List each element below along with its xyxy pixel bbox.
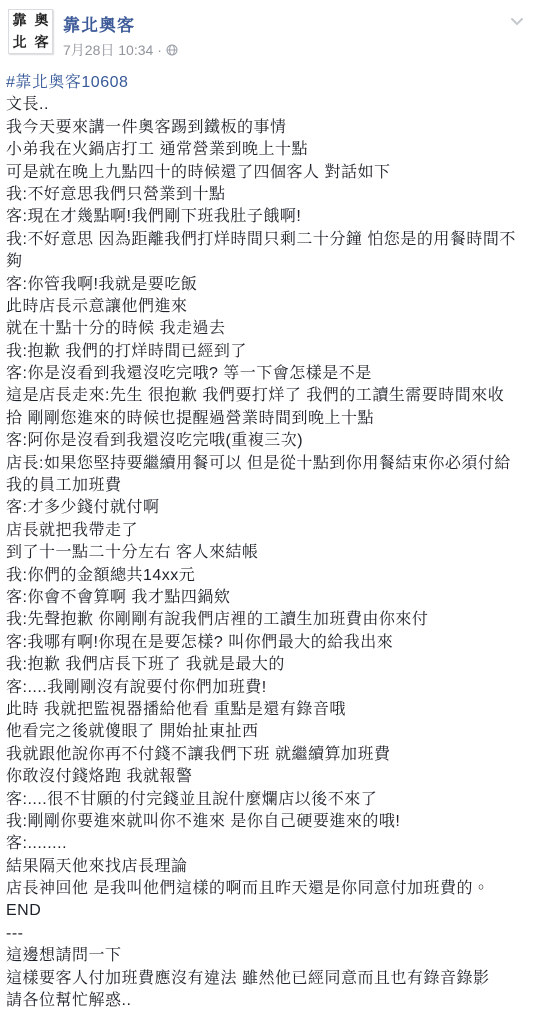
post-line: 我:抱歉 我們的打烊時間已經到了 xyxy=(6,341,530,363)
timestamp-link[interactable]: 7月28日 10:34 xyxy=(63,40,153,60)
page-name-link[interactable]: 靠北奧客 xyxy=(63,11,135,36)
chevron-down-icon[interactable] xyxy=(508,12,526,30)
post-line: 此時 我就把監視器播給他看 重點是還有錄音哦 xyxy=(6,699,530,721)
post-line: 請各位幫忙解惑.. xyxy=(6,990,530,1012)
post-line: 客:我哪有啊!你現在是要怎樣? 叫你們最大的給我出來 xyxy=(6,632,530,654)
avatar-char: 北 xyxy=(13,35,27,49)
post-line: 就在十點十分的時候 我走過去 xyxy=(6,318,530,340)
post-line: 這邊想請問一下 xyxy=(6,945,530,967)
post-line: 客:阿你是沒看到我還沒吃完哦(重複三次) xyxy=(6,430,530,452)
hashtag-link[interactable]: #靠北奧客10608 xyxy=(6,74,128,91)
post-line: 店長神回他 是我叫他們這樣的啊而且昨天還是你同意付加班費的。 xyxy=(6,878,530,900)
post-line: 我:不好意思 因為距離我們打烊時間只剩二十分鐘 怕您是的用餐時間不 xyxy=(6,229,530,251)
post-meta: 7月28日 10:34 · xyxy=(63,40,178,60)
post-line: 你敢沒付錢烙跑 我就報警 xyxy=(6,766,530,788)
post-line: 此時店長示意讓他們進來 xyxy=(6,296,530,318)
post-line: 客:你是沒看到我還沒吃完哦? 等一下會怎樣是不是 xyxy=(6,363,530,385)
post-line: 這是店長走來:先生 很抱歉 我們要打烊了 我們的工讀生需要時間來收 xyxy=(6,385,530,407)
post-line: --- xyxy=(6,923,530,945)
post-body: #靠北奧客10608 文長..我今天要來講一件奧客踢到鐵板的事情小弟我在火鍋店打… xyxy=(0,60,538,1012)
post-line: 我:你們的金額總共14xx元 xyxy=(6,565,530,587)
post-line: 拾 剛剛您進來的時候也提醒過營業時間到晚上十點 xyxy=(6,408,530,430)
post-line: 我:剛剛你要進來就叫你不進來 是你自己硬要進來的哦! xyxy=(6,811,530,833)
post-line: 這樣要客人付加班費應沒有違法 雖然他已經同意而且也有錄音錄影 xyxy=(6,968,530,990)
post-header: 靠 奧 北 客 靠北奧客 7月28日 10:34 · xyxy=(0,0,538,60)
page-avatar[interactable]: 靠 奧 北 客 xyxy=(8,9,53,54)
post-line: 客:....我剛剛沒有說要付你們加班費! xyxy=(6,677,530,699)
post-text: 文長..我今天要來講一件奧客踢到鐵板的事情小弟我在火鍋店打工 通常營業到晚上十點… xyxy=(6,94,530,1012)
post-line: 客:....很不甘願的付完錢並且說什麼爛店以後不來了 xyxy=(6,789,530,811)
post-line: 店長就把我帶走了 xyxy=(6,520,530,542)
post-line: 我:不好意思我們只營業到十點 xyxy=(6,184,530,206)
post-line: 客:你會不會算啊 我才點四鍋欸 xyxy=(6,587,530,609)
post-line: 店長:如果您堅持要繼續用餐可以 但是從十點到你用餐結束你必須付給 xyxy=(6,453,530,475)
facebook-post-card: 靠 奧 北 客 靠北奧客 7月28日 10:34 · xyxy=(0,0,538,1024)
post-line: END xyxy=(6,900,530,922)
post-line: 客:現在才幾點啊!我們剛下班我肚子餓啊! xyxy=(6,206,530,228)
post-line: 我的員工加班費 xyxy=(6,475,530,497)
post-line: 我今天要來講一件奧客踢到鐵板的事情 xyxy=(6,117,530,139)
post-line: 結果隔天他來找店長理論 xyxy=(6,856,530,878)
privacy-globe-icon xyxy=(166,43,178,59)
post-line: 文長.. xyxy=(6,94,530,116)
post-line: 客:才多少錢付就付啊 xyxy=(6,497,530,519)
meta-separator: · xyxy=(157,42,162,58)
avatar-char: 靠 xyxy=(13,14,27,28)
post-line: 我:先聲抱歉 你剛剛有說我們店裡的工讀生加班費由你來付 xyxy=(6,609,530,631)
post-line: 客:........ xyxy=(6,833,530,855)
post-line: 客:你管我啊!我就是要吃飯 xyxy=(6,274,530,296)
hashtag-line: #靠北奧客10608 xyxy=(6,72,530,94)
avatar-char: 客 xyxy=(34,35,48,49)
post-line: 小弟我在火鍋店打工 通常營業到晚上十點 xyxy=(6,139,530,161)
post-line: 我就跟他說你再不付錢不讓我們下班 就繼續算加班費 xyxy=(6,744,530,766)
post-line: 夠 xyxy=(6,251,530,273)
post-line: 我:抱歉 我們店長下班了 我就是最大的 xyxy=(6,654,530,676)
post-line: 他看完之後就傻眼了 開始扯東扯西 xyxy=(6,721,530,743)
header-text: 靠北奧客 7月28日 10:34 · xyxy=(63,9,178,60)
avatar-char: 奧 xyxy=(34,14,48,28)
post-line: 到了十一點二十分左右 客人來結帳 xyxy=(6,542,530,564)
post-line: 可是就在晚上九點四十的時候還了四個客人 對話如下 xyxy=(6,162,530,184)
